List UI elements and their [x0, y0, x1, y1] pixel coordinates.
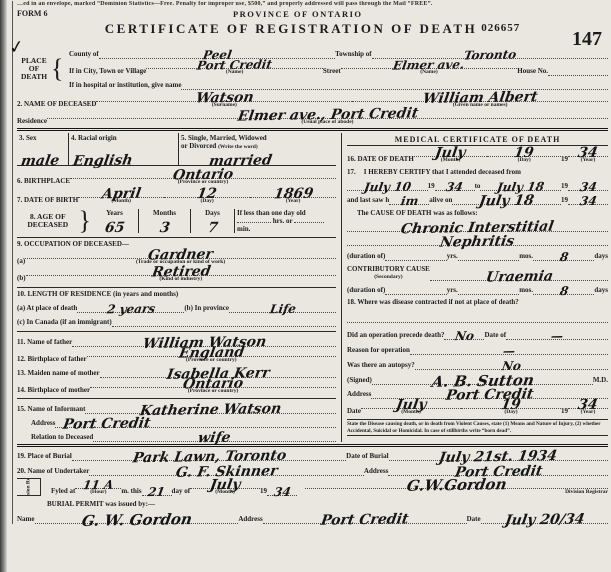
- sex-race-marital-row: 3. Sex male 4. Racial origin English 5. …: [17, 133, 336, 166]
- days-label: Days: [193, 209, 232, 217]
- informant-label: 15. Name of Informant: [17, 405, 85, 414]
- residence-b-label: (b) In province: [184, 304, 229, 313]
- birthplace-label: 6. BIRTHPLACE: [17, 177, 70, 186]
- occupation-a-label: (a): [17, 257, 25, 266]
- min-label: min.: [237, 225, 250, 233]
- age-of-deceased-row: 8. AGE OF DECEASED } Years 65 Months 3 D…: [17, 209, 336, 233]
- date-of-death-row: 16. DATE OF DEATH July(Month) 19(Day) 19…: [347, 149, 608, 164]
- medical-certificate-column: MEDICAL CERTIFICATE OF DEATH 16. DATE OF…: [342, 133, 608, 442]
- alive-date-field: July 18: [452, 193, 561, 205]
- contributory-field: Uraemia: [430, 269, 608, 281]
- death-certificate: …ed in an envelope, marked “Dominion Sta…: [0, 0, 611, 572]
- year-prefix: 19: [561, 407, 568, 416]
- autopsy-label: Was there an autopsy?: [347, 361, 415, 370]
- racial-origin-label: 4. Racial origin: [71, 134, 117, 142]
- certify-row: 17. I HEREBY CERTIFY that I attended dec…: [347, 168, 608, 177]
- place-of-burial-row: 19. Place of Burial Park Lawn, Toronto D…: [17, 449, 608, 461]
- years-label: Years: [93, 209, 136, 217]
- registration-number: 147: [572, 28, 602, 51]
- mother-label: 13. Maiden name of mother: [17, 369, 100, 378]
- place-of-burial-field: Park Lawn, Toronto: [72, 449, 346, 461]
- township-label: Township of: [335, 50, 372, 59]
- autopsy-row: Was there an autopsy? No: [347, 358, 608, 370]
- date-of-burial-field: July 21st. 1934: [389, 449, 608, 461]
- birthplace-row: 6. BIRTHPLACE Ontario(Province or countr…: [17, 171, 336, 186]
- months-label: Months: [141, 209, 188, 217]
- attended-from-field: July 10: [347, 179, 428, 191]
- filed-hour-field: 11 A: [75, 481, 121, 489]
- residence-a-field: 2 years: [77, 301, 184, 313]
- year-prefix: 19: [428, 182, 435, 191]
- contributory-duration-days-field: 8: [533, 283, 594, 295]
- undertaker-address-label: Address: [364, 467, 388, 476]
- medical-certificate-header: MEDICAL CERTIFICATE OF DEATH: [347, 133, 608, 146]
- name-of-deceased-label: 2. NAME OF DECEASED: [17, 100, 96, 109]
- occupation-b-field: Retired: [26, 268, 336, 276]
- violent-causes-fine-print: State the Disease causing death, or in d…: [347, 419, 608, 436]
- where-contracted-label: 18. Where was disease contracted if not …: [347, 298, 519, 307]
- alive-on-label: alive on: [429, 196, 452, 205]
- reason-label: Reason for operation: [347, 346, 410, 355]
- certify-number: 17.: [347, 168, 356, 177]
- last-saw-label: and last saw h: [347, 196, 389, 205]
- dob-month-field: April: [78, 190, 164, 198]
- serial-number-stamp: 026657: [481, 22, 520, 34]
- brace-glyph: }: [79, 210, 91, 232]
- given-name-field: William Albert: [352, 94, 608, 102]
- certify-text: I HEREBY CERTIFY that I attended decease…: [356, 168, 521, 177]
- father-birthplace-label: 12. Birthplace of father: [17, 355, 87, 364]
- burial-permit-title-row: BURIAL PERMIT was issued by:—: [17, 500, 608, 509]
- registrar-signature-field: G.W.Gordon: [305, 481, 608, 489]
- undertaker-address-field: Port Credit: [388, 464, 608, 476]
- permit-date-field: July 20/34: [481, 512, 608, 524]
- province-heading: PROVINCE OF ONTARIO: [47, 9, 548, 19]
- to-year-field: 34: [568, 179, 608, 191]
- hrs-label: hrs. or: [273, 217, 293, 225]
- date-of-birth-row: 7. DATE OF BIRTH April(Month) 12(Day) 18…: [17, 190, 336, 205]
- father-label: 11. Name of father: [17, 338, 72, 347]
- yrs-label: yrs.: [447, 252, 458, 261]
- residence-c-label: (c) In Canada (if an immigrant): [17, 318, 112, 327]
- alive-year-field: 34: [568, 193, 608, 205]
- day-of-label: day of: [172, 487, 190, 496]
- physician-address-row: Address Port Credit: [347, 387, 608, 399]
- relation-label: Relation to Deceased: [17, 433, 93, 442]
- permit-name-label: Name: [17, 515, 35, 524]
- dob-label: 7. DATE OF BIRTH: [17, 196, 78, 205]
- marital-label: 5. Single, Married, Widowed: [181, 134, 267, 142]
- md-label: M.D.: [593, 376, 608, 385]
- pronoun-field: im: [389, 193, 429, 205]
- informant-field: Katherine Watson: [85, 402, 336, 414]
- dob-day-field: 12: [164, 190, 250, 198]
- m-this-label: m. this: [121, 487, 141, 496]
- city-label: If in City, Town or Village: [69, 67, 146, 76]
- place-of-burial-label: 19. Place of Burial: [17, 452, 72, 461]
- marital-caption: (Write the word): [218, 144, 258, 150]
- dob-year-field: 1869: [250, 190, 336, 198]
- county-label: County of: [69, 50, 99, 59]
- cause-duration-days-field: 8: [533, 249, 594, 261]
- dod-year-field: 34: [568, 149, 608, 157]
- relation-field: wife: [93, 430, 336, 442]
- year-prefix: 19: [561, 182, 568, 191]
- yrs-label: yrs.: [447, 286, 458, 295]
- residence-c-field: [112, 315, 336, 327]
- registrar-use-label: For use Division Registrar only: [26, 478, 32, 496]
- filed-year-field: 34: [267, 484, 297, 496]
- brace-glyph: {: [51, 58, 63, 80]
- mos-label: mos.: [519, 286, 533, 295]
- less-than-one-day-cell: If less than one day old hrs. or min.: [235, 209, 336, 233]
- division-registrar-row: For use Division Registrar only Fyled at…: [17, 478, 608, 496]
- operation-date-field: —: [506, 328, 608, 340]
- operation-field: No: [444, 328, 484, 340]
- reason-field: —: [410, 343, 608, 355]
- permit-address-field: Port Credit: [263, 512, 467, 524]
- form-number: FORM 6: [17, 9, 47, 19]
- heavy-divider: [17, 444, 608, 447]
- date-of-burial-label: Date of Burial: [346, 452, 388, 461]
- physician-date-row: Date July(Month) 19(Day) 19 34(Year): [347, 401, 608, 416]
- registrar-use-box: For use Division Registrar only: [17, 478, 41, 496]
- operation-row: Did an operation precede death? No Date …: [347, 328, 608, 340]
- residence-label: Residence: [17, 117, 47, 126]
- house-no-label: House No.: [517, 67, 548, 76]
- father-birthplace-field: England: [87, 349, 336, 357]
- contributory-row: CONTRIBUTORY CAUSE(Secondary) Uraemia: [347, 265, 608, 281]
- contributory-label: CONTRIBUTORY CAUSE: [347, 265, 430, 274]
- length-of-residence-label: 10. LENGTH OF RESIDENCE (in years and mo…: [17, 290, 178, 299]
- surname-field: Watson: [96, 94, 352, 102]
- attended-to-field: July 18: [480, 179, 561, 191]
- county-field: Peel: [99, 47, 335, 59]
- reason-row: Reason for operation —: [347, 343, 608, 355]
- occupation-a-field: Gardner: [25, 251, 336, 259]
- dod-label: 16. DATE OF DEATH: [347, 155, 414, 164]
- dod-day-field: 19: [487, 149, 561, 157]
- age-days-cell: Days 7: [191, 209, 235, 233]
- mother-birthplace-label: 14. Birthplace of mother: [17, 386, 90, 395]
- year-prefix: 19: [561, 196, 568, 205]
- filed-at-label: Fyled at: [51, 487, 75, 496]
- occupation-b-label: (b): [17, 274, 26, 283]
- length-of-residence-section: 10. LENGTH OF RESIDENCE (in years and mo…: [17, 287, 336, 299]
- dod-month-field: July: [414, 149, 488, 157]
- occupation-label: 9. OCCUPATION OF DECEASED—: [17, 240, 129, 249]
- mother-row: 13. Maiden name of mother Isabella Kerr: [17, 366, 336, 378]
- less-than-label: If less than one day old: [237, 209, 334, 217]
- filed-month-field: July: [190, 481, 260, 489]
- signed-label: (Signed): [347, 376, 372, 385]
- permit-name-field: G. W. Gordon: [35, 512, 239, 524]
- physician-signature-field: A. B. Sutton: [372, 373, 593, 385]
- house-no-field: [548, 64, 608, 76]
- from-year-field: 34: [435, 179, 475, 191]
- checkmark-icon: ✓: [8, 36, 26, 59]
- physician-date-year-field: 34: [568, 401, 608, 409]
- city-field: Port Credit: [146, 61, 323, 69]
- mailing-notice: …ed in an envelope, marked “Dominion Sta…: [17, 1, 608, 7]
- cause-duration-row: (duration of) yrs. mos. 8 days: [347, 249, 608, 261]
- sex-label: 3. Sex: [19, 134, 37, 142]
- year-prefix: 19: [561, 155, 568, 164]
- certificate-title: CERTIFICATE OF REGISTRATION OF DEATH: [105, 21, 477, 36]
- street-label: Street: [323, 67, 341, 76]
- filed-day-field: 21: [142, 484, 172, 496]
- father-row: 11. Name of father William Watson: [17, 331, 336, 347]
- cause-line1-field: Chronic Interstitial: [347, 220, 608, 232]
- residence-b-field: Life: [229, 301, 336, 313]
- hospital-label: If in hospital or institution, give name: [69, 81, 181, 90]
- hospital-field: [181, 78, 608, 90]
- heavy-divider: [17, 128, 608, 131]
- age-years-cell: Years 65: [91, 209, 139, 233]
- age-label: 8. AGE OF DECEASED: [17, 213, 79, 229]
- cause-line2-field: Nephritis: [347, 234, 608, 246]
- mos-label: mos.: [519, 252, 533, 261]
- contributory-duration-row: (duration of) yrs. mos. 8 days: [347, 283, 608, 295]
- duration-label: (duration of): [347, 286, 385, 295]
- informant-address-label: Address: [17, 419, 55, 428]
- marital-status-cell: 5. Single, Married, Widowed or Divorced …: [179, 133, 336, 165]
- permit-date-label: Date: [467, 515, 481, 524]
- residence-row: Residence Elmer ave., Port Credit(Usual …: [17, 111, 608, 126]
- signed-row: (Signed) A. B. Sutton M.D.: [347, 373, 608, 385]
- place-of-death-label: PLACE OF DEATH: [17, 57, 51, 81]
- mother-birthplace-field: Ontario: [90, 380, 336, 388]
- street-field: Elmer ave.: [341, 61, 518, 69]
- undertaker-label: 20. Name of Undertaker: [17, 467, 89, 476]
- physician-date-label: Date: [347, 407, 361, 416]
- permit-address-label: Address: [238, 515, 262, 524]
- residence-field: Elmer ave., Port Credit: [47, 111, 608, 119]
- secondary-caption: (Secondary): [347, 274, 430, 281]
- section-place-of-death: ✓ PLACE OF DEATH { County of Peel Townsh…: [17, 47, 608, 90]
- scan-binding-edge: [0, 0, 7, 572]
- racial-origin-cell: 4. Racial origin English: [69, 133, 179, 165]
- days-label: days: [594, 252, 608, 261]
- personal-column: 3. Sex male 4. Racial origin English 5. …: [17, 133, 342, 442]
- burial-permit-row: Name G. W. Gordon Address Port Credit Da…: [17, 512, 608, 524]
- informant-row: 15. Name of Informant Katherine Watson: [17, 398, 336, 414]
- year-prefix: 19: [260, 487, 267, 496]
- sex-cell: 3. Sex male: [17, 133, 69, 165]
- physician-address-label: Address: [347, 390, 371, 399]
- birthplace-field: Ontario: [70, 171, 336, 179]
- burial-permit-title: BURIAL PERMIT was issued by:—: [17, 500, 155, 509]
- age-months-cell: Months 3: [139, 209, 191, 233]
- operation-label: Did an operation precede death?: [347, 331, 444, 340]
- date-of-label: Date of: [484, 331, 506, 340]
- where-contracted-field: [347, 311, 608, 323]
- days-label: days: [594, 286, 608, 295]
- residence-a-label: (a) At place of death: [17, 304, 77, 313]
- cause-of-death-label: The CAUSE OF DEATH was as follows:: [347, 209, 478, 218]
- undertaker-row: 20. Name of Undertaker G. F. Skinner Add…: [17, 464, 608, 476]
- autopsy-field: No: [415, 358, 608, 370]
- duration-label: (duration of): [347, 252, 385, 261]
- marital-label-2: or Divorced: [181, 142, 216, 150]
